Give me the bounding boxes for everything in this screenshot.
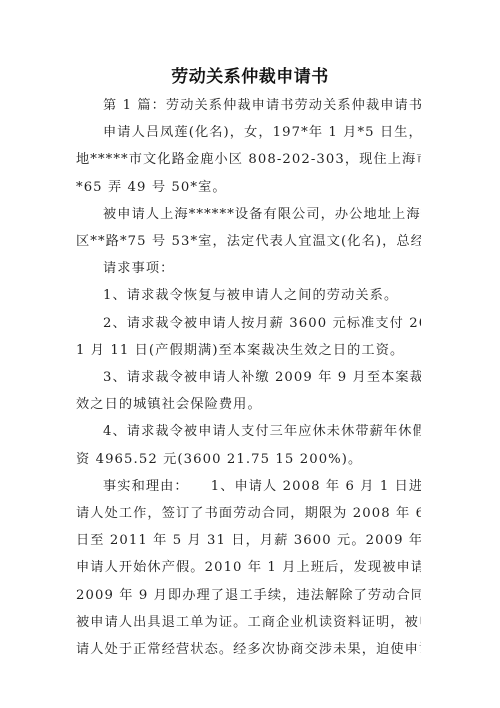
document-page: 劳动关系仲裁申请书 第 1 篇：劳动关系仲裁申请书劳动关系仲裁申请书 申请人吕凤… xyxy=(0,0,500,708)
paragraph-line: 请人处于正常经营状态。经多次协商交涉未果，迫使申请 xyxy=(76,636,421,663)
paragraph-line: 2009 年 9 月即办理了退工手续，违法解除了劳动合同，有 xyxy=(76,582,421,609)
document-body: 第 1 篇：劳动关系仲裁申请书劳动关系仲裁申请书 申请人吕凤莲(化名)，女，19… xyxy=(76,92,421,663)
paragraph-line: 效之日的城镇社会保险费用。 xyxy=(76,391,421,418)
paragraph-line: *65 弄 49 号 50*室。 xyxy=(76,174,421,201)
document-title: 劳动关系仲裁申请书 xyxy=(0,62,500,87)
paragraph-line: 被申请人出具退工单为证。工商企业机读资料证明，被申 xyxy=(76,609,421,636)
paragraph-line: 请人处工作，签订了书面劳动合同，期限为 2008 年 6 月 1 xyxy=(76,500,421,527)
request-item-3: 3、请求裁令被申请人补缴 2009 年 9 月至本案裁决生 xyxy=(76,364,421,391)
paragraph-line: 资 4965.52 元(3600 21.75 15 200%)。 xyxy=(76,446,421,473)
paragraph-line: 被申请人上海******设备有限公司，办公地址上海** xyxy=(76,201,421,228)
request-item-2: 2、请求裁令被申请人按月薪 3600 元标准支付 2010 年 xyxy=(76,310,421,337)
section-heading-requests: 请求事项： xyxy=(76,255,421,282)
paragraph-line: 申请人吕凤莲(化名)，女，197*年 1 月*5 日生，户籍 xyxy=(76,119,421,146)
paragraph-line: 区**路*75 号 53*室，法定代表人宜温文(化名)，总经理。 xyxy=(76,228,421,255)
paragraph-line: 日至 2011 年 5 月 31 日，月薪 3600 元。2009 年 8 月 … xyxy=(76,527,421,554)
section-heading-facts: 事实和理由： 1、申请人 2008 年 6 月 1 日进入被申 xyxy=(76,473,421,500)
paragraph-line: 地*****市文化路金鹿小区 808-202-303，现住上海市**路 xyxy=(76,146,421,173)
paragraph-line: 1 月 11 日(产假期满)至本案裁决生效之日的工资。 xyxy=(76,337,421,364)
paragraph-line: 第 1 篇：劳动关系仲裁申请书劳动关系仲裁申请书 xyxy=(76,92,421,119)
request-item-4: 4、请求裁令被申请人支付三年应休未休带薪年休假工 xyxy=(76,418,421,445)
request-item-1: 1、请求裁令恢复与被申请人之间的劳动关系。 xyxy=(76,282,421,309)
paragraph-line: 申请人开始休产假。2010 年 1 月上班后，发现被申请人 xyxy=(76,554,421,581)
